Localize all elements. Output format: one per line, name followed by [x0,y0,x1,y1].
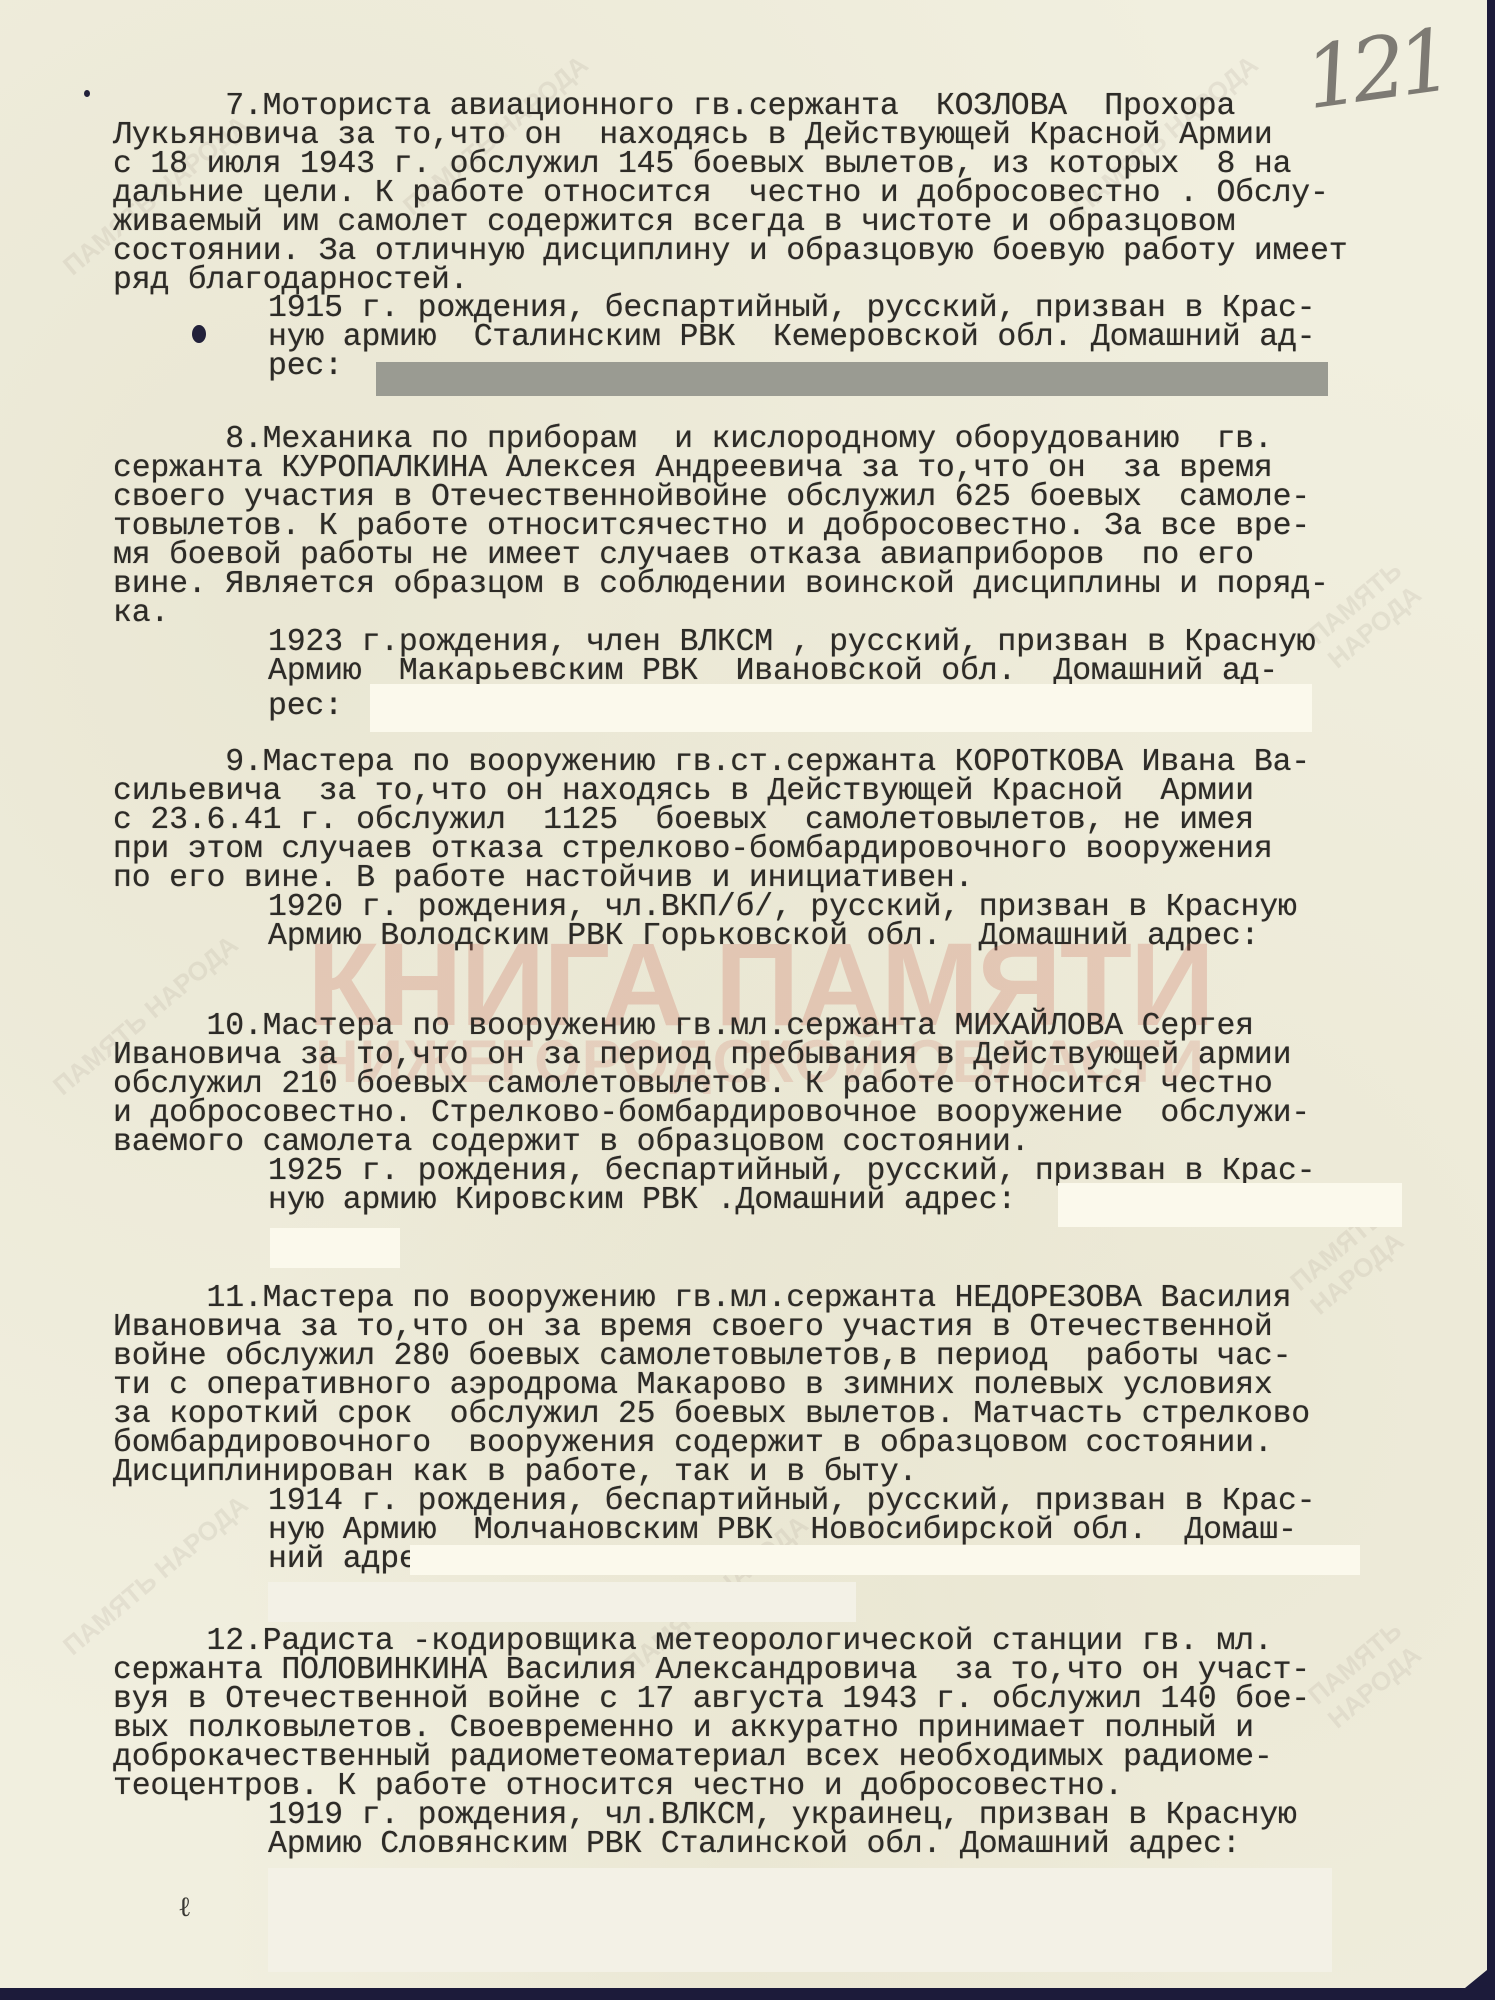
faint-stamp: ПАМЯТЬ НАРОДА [1302,507,1485,675]
redacted-address [1058,1183,1402,1227]
bio-line: ную армию Сталинским РВК Кемеровской обл… [268,323,1315,353]
bio-line: Армию Макарьевским РВК Ивановской обл. Д… [268,657,1278,687]
bio-line: рес: [268,352,343,382]
redacted-address [376,362,1328,396]
redacted-address [410,1545,1360,1575]
ink-dot [84,90,90,97]
entry-text-line: вине. Является образцом в соблюдении вои… [113,570,1329,600]
faint-stamp: ПАМЯТЬ НАРОДА [1302,1567,1485,1735]
redacted-address [268,1868,1332,1972]
ink-blot [192,325,206,343]
bio-line: рес: [268,692,343,722]
redacted-address [270,1228,400,1268]
handwritten-page-number: 121 [1299,11,1452,130]
entry-text-line: ка. [113,599,169,629]
document-page: ПАМЯТЬ НАРОДА ПАМЯТЬ НАРОДА ПАМЯТЬ НАРОД… [0,0,1487,1988]
pencil-mark: ℓ [178,1890,191,1924]
page-corner [1465,1970,1487,1988]
bio-line: Армию Словянским РВК Сталинской обл. Дом… [268,1830,1241,1860]
bio-line: ную армию Кировским РВК .Домашний адрес: [268,1186,1016,1216]
redacted-address [370,684,1312,732]
redacted-address [268,1582,856,1622]
bio-line: Армию Володским РВК Горьковской обл. Дом… [268,922,1259,952]
